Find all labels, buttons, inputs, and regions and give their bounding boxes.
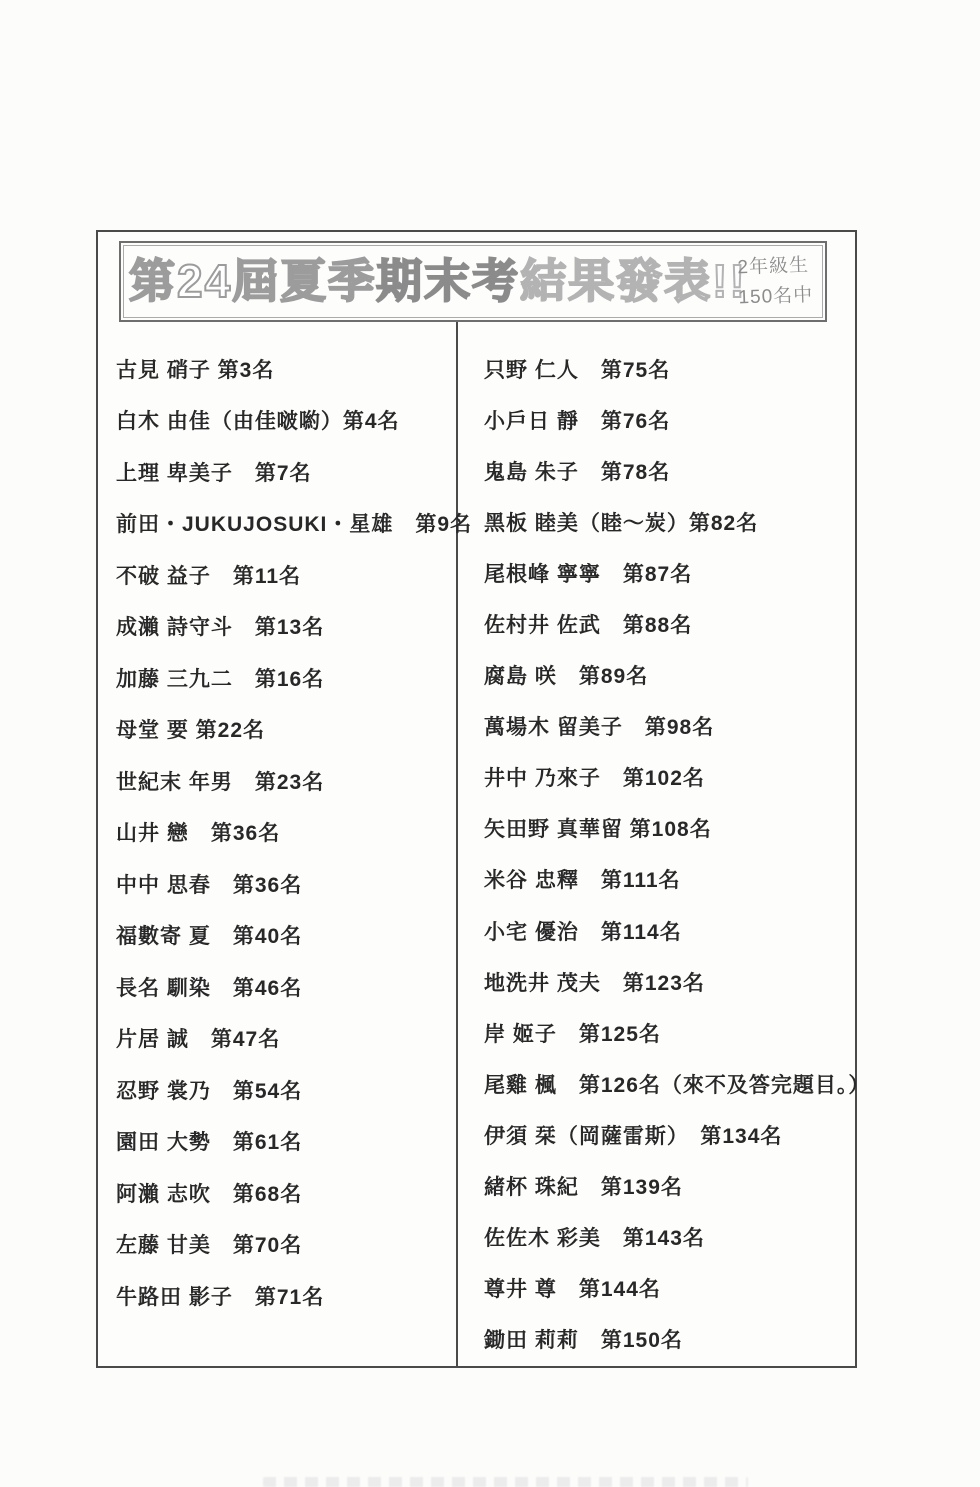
- result-row: 佐佐木 彩美 第143名: [484, 1212, 856, 1263]
- result-row: 白木 由佳（由佳啵喲）第4名: [116, 395, 452, 447]
- result-row: 母堂 要 第22名: [116, 704, 452, 756]
- banner-subtitle: 2年級生 150名中: [737, 251, 821, 314]
- result-row: 井中 乃來子 第102名: [484, 752, 856, 803]
- result-row: 只野 仁人 第75名: [484, 343, 856, 394]
- result-row: 忍野 裳乃 第54名: [116, 1064, 452, 1116]
- result-row: 尾雞 楓 第126名（來不及答完題目。）: [484, 1058, 856, 1109]
- result-row: 鬼島 朱子 第78名: [484, 445, 856, 496]
- banner-title-segment: 結果發表!!: [520, 255, 747, 307]
- result-row: 左藤 甘美 第70名: [116, 1219, 452, 1271]
- result-row: 上理 卑美子 第7名: [116, 446, 452, 498]
- result-row: 伊須 栞（岡薩雷斯） 第134名: [484, 1109, 856, 1160]
- result-row: 腐島 咲 第89名: [484, 650, 856, 701]
- result-row: 園田 大勢 第61名: [116, 1116, 452, 1168]
- result-row: 尾根峰 寧寧 第87名: [484, 547, 856, 598]
- results-right-column: 只野 仁人 第75名小戶日 靜 第76名鬼島 朱子 第78名黑板 睦美（睦～炭）…: [484, 343, 856, 1365]
- banner-title: 第24屆夏季期末考結果發表!!: [129, 243, 747, 320]
- result-row: 阿瀨 志吹 第68名: [116, 1167, 452, 1219]
- banner-title-segment: 期末考: [376, 255, 520, 307]
- banner-subtitle-line1: 2年級生: [737, 251, 820, 284]
- result-row: 片居 誠 第47名: [116, 1013, 452, 1065]
- result-row: 矢田野 真華留 第108名: [484, 803, 856, 854]
- title-banner: 第24屆夏季期末考結果發表!! 2年級生 150名中: [119, 241, 827, 322]
- column-divider: [456, 322, 458, 1366]
- result-row: 不破 益子 第11名: [116, 549, 452, 601]
- results-left-column: 古見 硝子 第3名白木 由佳（由佳啵喲）第4名上理 卑美子 第7名前田・JUKU…: [116, 343, 452, 1322]
- banner-subtitle-line2: 150名中: [738, 281, 821, 314]
- result-row: 長名 馴染 第46名: [116, 961, 452, 1013]
- result-row: 古見 硝子 第3名: [116, 343, 452, 395]
- banner-title-segment: 第24屆夏季: [129, 255, 376, 307]
- result-row: 尊井 尊 第144名: [484, 1263, 856, 1314]
- result-row: 米谷 忠釋 第111名: [484, 854, 856, 905]
- result-row: 小宅 優治 第114名: [484, 905, 856, 956]
- result-row: 萬場木 留美子 第98名: [484, 701, 856, 752]
- result-row: 中中 思春 第36名: [116, 858, 452, 910]
- result-row: 前田・JUKUJOSUKI・星雄 第9名: [116, 498, 452, 550]
- result-row: 成瀨 詩守斗 第13名: [116, 601, 452, 653]
- result-row: 佐村井 佐武 第88名: [484, 598, 856, 649]
- result-row: 牛路田 影子 第71名: [116, 1270, 452, 1322]
- result-row: 地洗井 茂夫 第123名: [484, 956, 856, 1007]
- result-row: 加藤 三九二 第16名: [116, 652, 452, 704]
- result-row: 岸 姬子 第125名: [484, 1007, 856, 1058]
- result-row: 小戶日 靜 第76名: [484, 394, 856, 445]
- result-row: 緒杯 珠紀 第139名: [484, 1161, 856, 1212]
- result-row: 鋤田 莉莉 第150名: [484, 1314, 856, 1365]
- result-row: 福數寄 夏 第40名: [116, 910, 452, 962]
- result-row: 山井 戀 第36名: [116, 807, 452, 859]
- result-row: 黑板 睦美（睦～炭）第82名: [484, 496, 856, 547]
- result-row: 世紀末 年男 第23名: [116, 755, 452, 807]
- faint-bottom-text-strip: [263, 1477, 748, 1487]
